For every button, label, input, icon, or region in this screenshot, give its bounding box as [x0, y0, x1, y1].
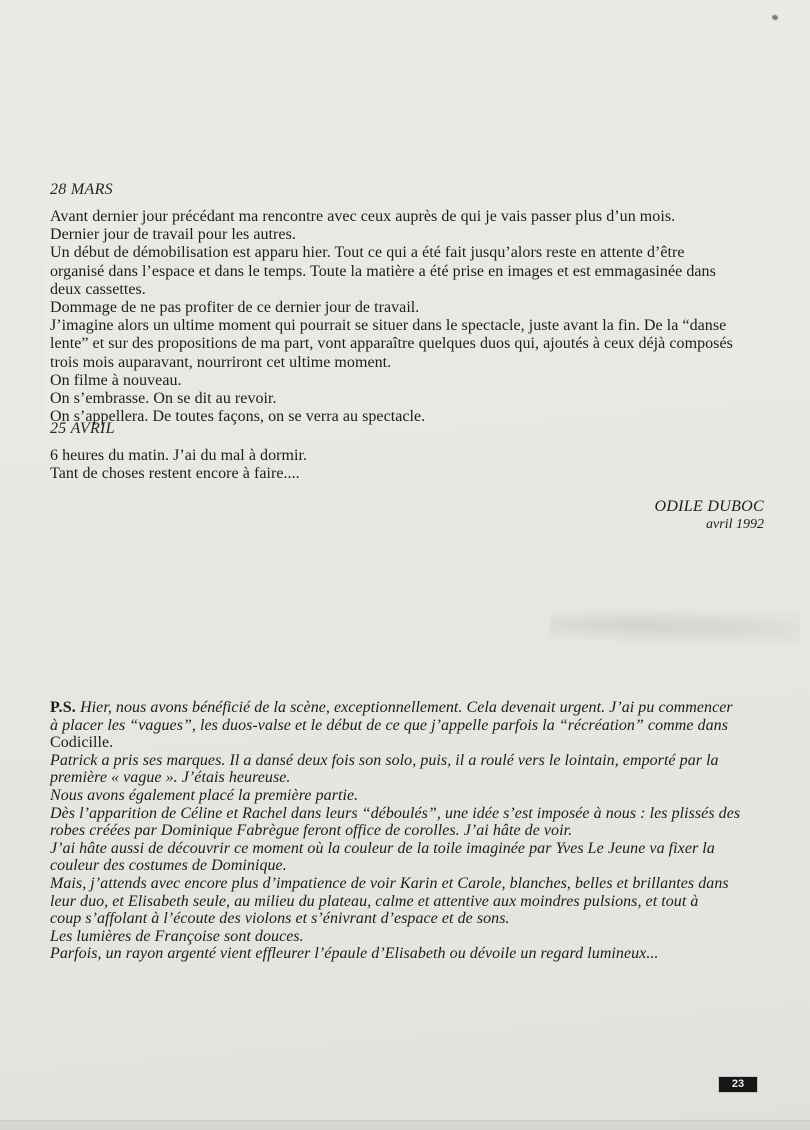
text-line: On s’embrasse. On se dit au revoir. — [50, 390, 733, 408]
text-line: J’imagine alors un ultime moment qui pou… — [50, 317, 733, 335]
text-line: On filme à nouveau. — [50, 372, 733, 390]
text-line: lente” et sur des propositions de ma par… — [50, 335, 733, 353]
scan-bottom-edge — [0, 1120, 810, 1130]
text-line: P.S. Hier, nous avons bénéficié de la sc… — [50, 699, 740, 717]
author-signature: ODILE DUBOC avril 1992 — [654, 498, 764, 533]
text-line: leur duo, et Elisabeth seule, au milieu … — [50, 893, 740, 911]
text-line: Mais, j’attends avec encore plus d’impat… — [50, 875, 740, 893]
ink-speck-artifact — [771, 14, 778, 21]
text-line: organisé dans l’espace et dans le temps.… — [50, 263, 733, 281]
text-line: deux cassettes. — [50, 281, 733, 299]
diary-entry-28-mars: 28 MARS Avant dernier jour précédant ma … — [50, 181, 733, 426]
text-line: 6 heures du matin. J’ai du mal à dormir. — [50, 447, 307, 465]
entry-body: 6 heures du matin. J’ai du mal à dormir.… — [50, 447, 307, 483]
text-line: coup s’affolant à l’écoute des violons e… — [50, 910, 740, 928]
text-line: Codicille. — [50, 734, 740, 752]
text-line: Un début de démobilisation est apparu hi… — [50, 244, 733, 262]
page-number-badge: 23 — [719, 1077, 757, 1092]
text-line: trois mois auparavant, nourriront cet ul… — [50, 354, 733, 372]
signature-date: avril 1992 — [654, 516, 764, 533]
text-line: à placer les “vagues”, les duos-valse et… — [50, 717, 740, 735]
text-line: Dernier jour de travail pour les autres. — [50, 226, 733, 244]
entry-date-heading: 28 MARS — [50, 181, 733, 199]
text-line: couleur des costumes de Dominique. — [50, 857, 740, 875]
text-line: première « vague ». J’étais heureuse. — [50, 769, 740, 787]
text-line: robes créées par Dominique Fabrègue fero… — [50, 822, 740, 840]
text-line: Tant de choses restent encore à faire...… — [50, 465, 307, 483]
text-line: Patrick a pris ses marques. Il a dansé d… — [50, 752, 740, 770]
text-line: Nous avons également placé la première p… — [50, 787, 740, 805]
entry-body: Avant dernier jour précédant ma rencontr… — [50, 208, 733, 426]
entry-date-heading: 25 AVRIL — [50, 420, 307, 438]
postscript-block: P.S. Hier, nous avons bénéficié de la sc… — [50, 699, 740, 963]
text-line: Dès l’apparition de Céline et Rachel dan… — [50, 805, 740, 823]
scanned-book-page: { "document": { "entries": [ { "date": "… — [0, 0, 810, 1130]
text-line: Dommage de ne pas profiter de ce dernier… — [50, 299, 733, 317]
diary-entry-25-avril: 25 AVRIL 6 heures du matin. J’ai du mal … — [50, 420, 307, 483]
text-line: Les lumières de Françoise sont douces. — [50, 928, 740, 946]
text-line: J’ai hâte aussi de découvrir ce moment o… — [50, 840, 740, 858]
scan-smudge-artifact — [550, 610, 800, 642]
postscript-prefix: P.S. — [50, 699, 76, 716]
text-line: Parfois, un rayon argenté vient effleure… — [50, 945, 740, 963]
author-name: ODILE DUBOC — [654, 498, 764, 516]
text-line: Avant dernier jour précédant ma rencontr… — [50, 208, 733, 226]
